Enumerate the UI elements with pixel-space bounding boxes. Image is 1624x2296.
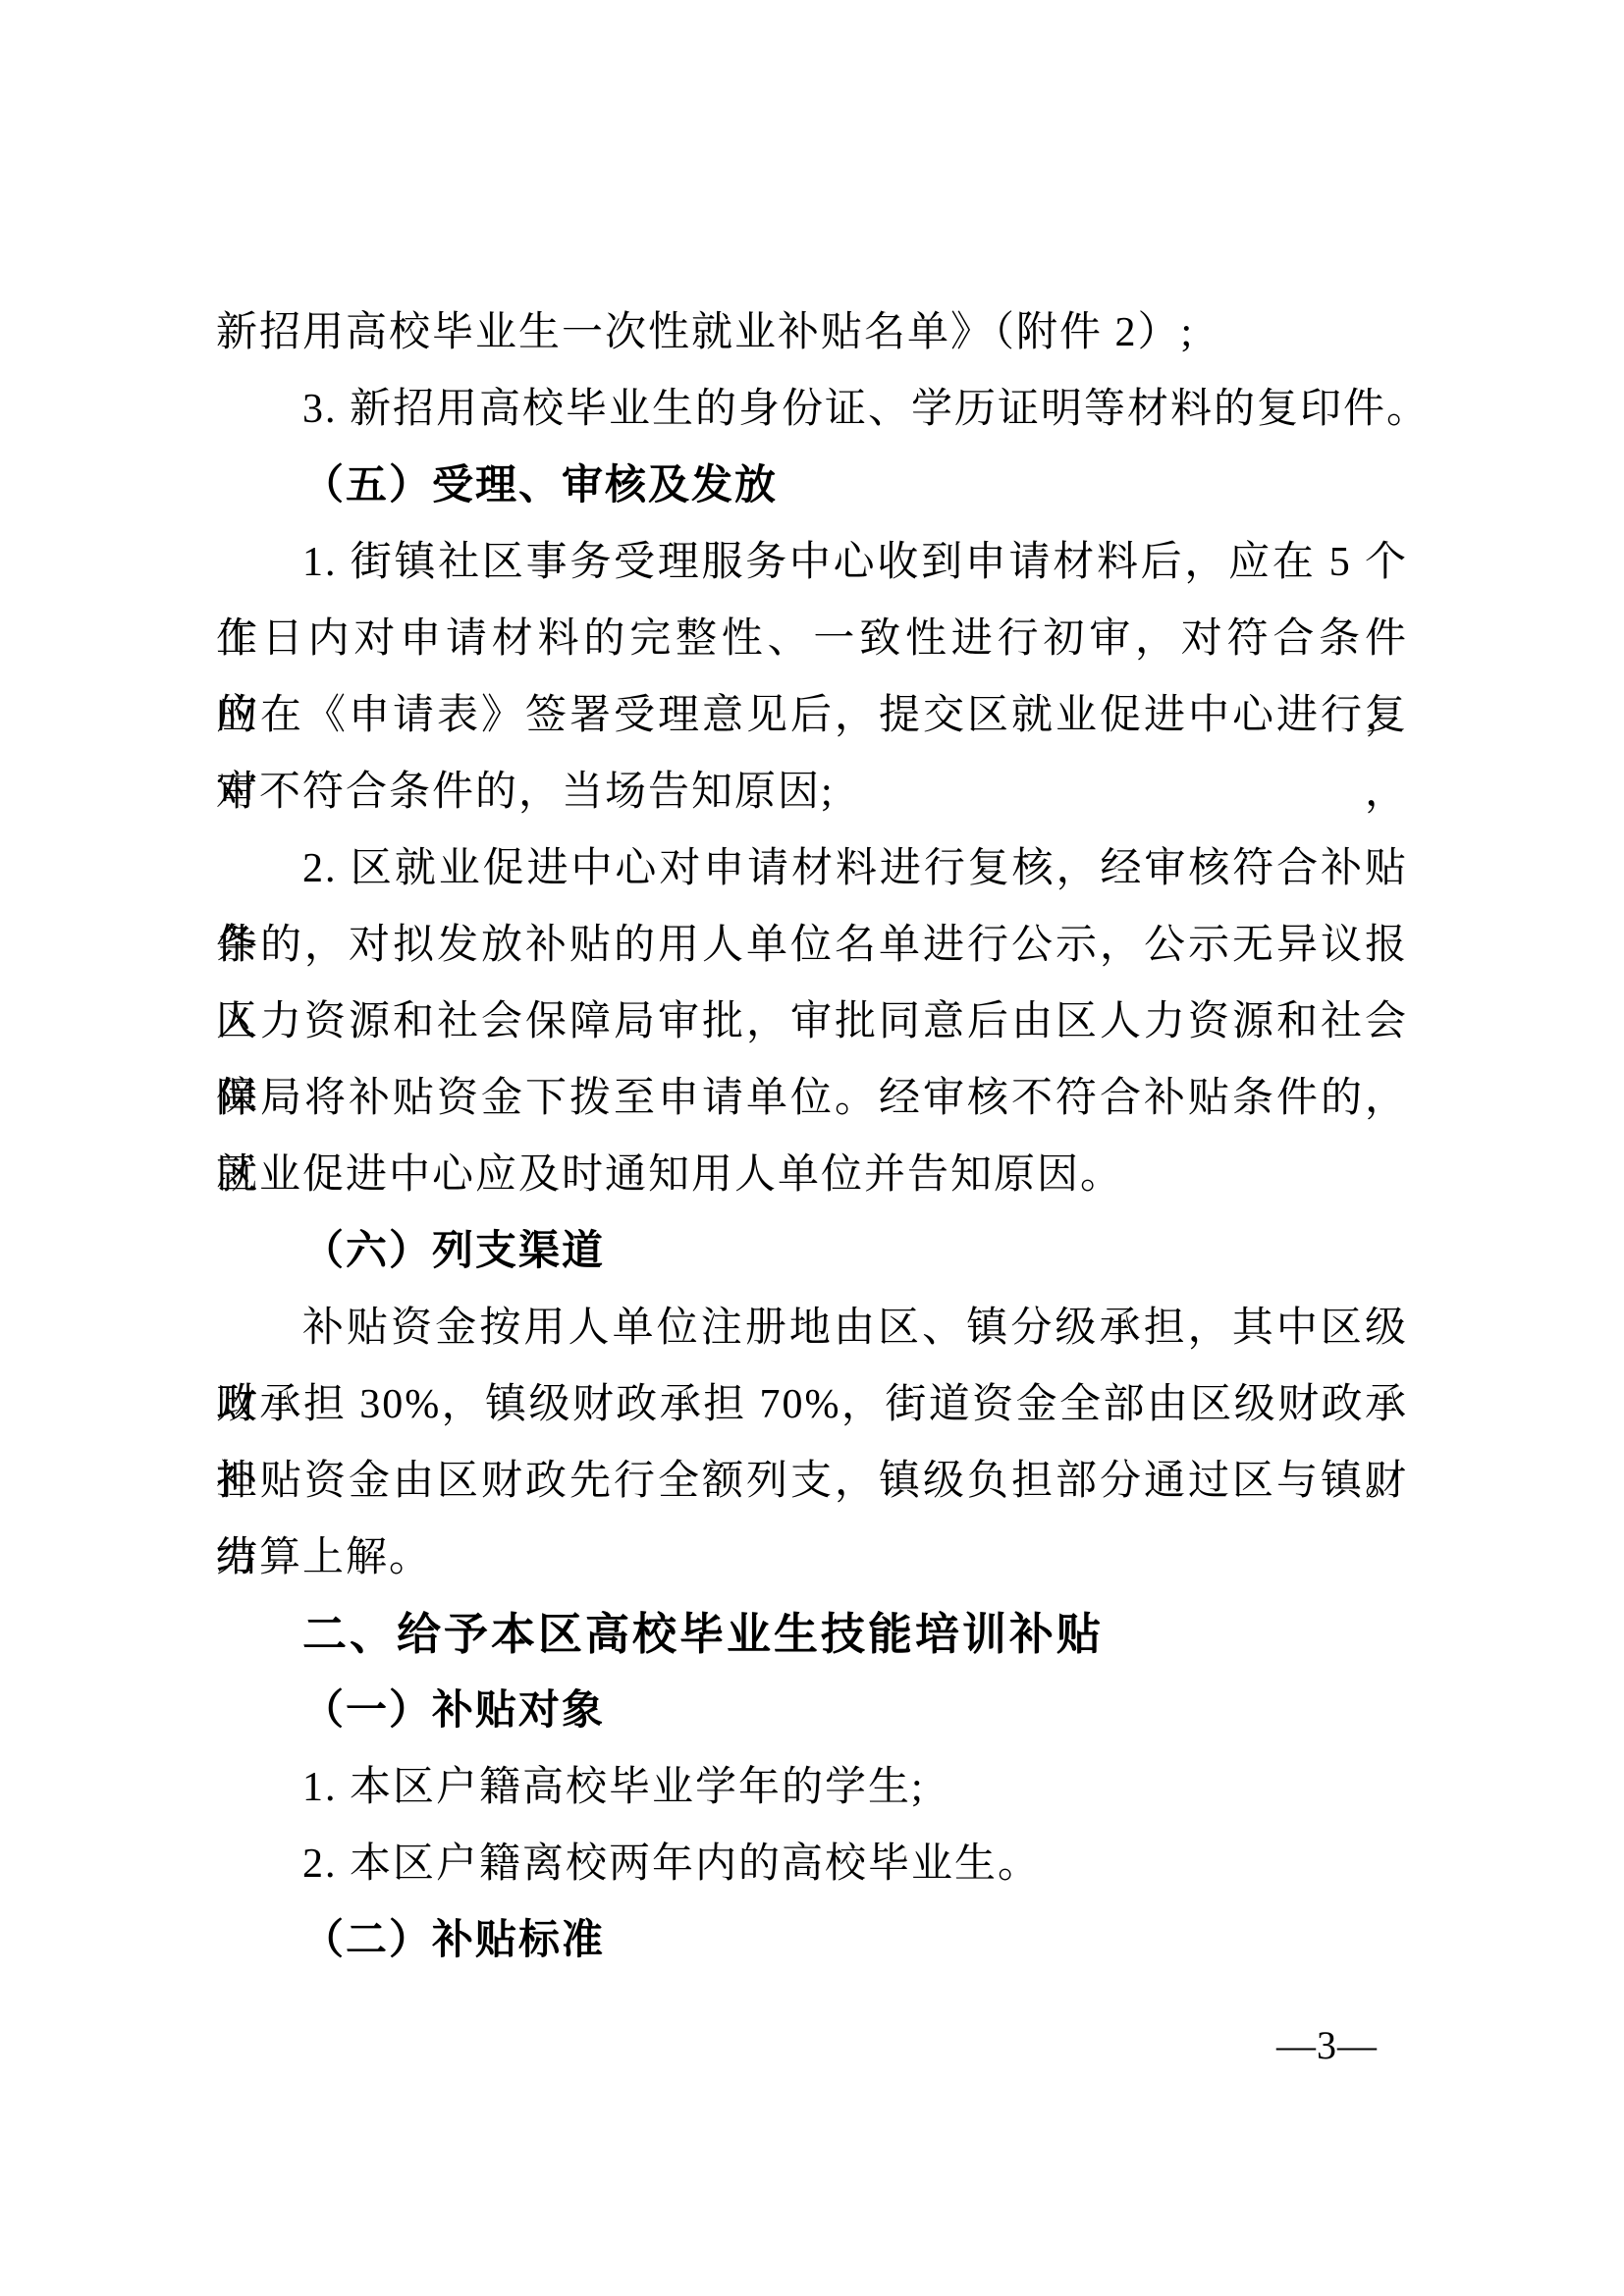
- text-line: 结算上解。: [216, 1520, 1408, 1596]
- heading-2-subsidy-standard: （二）补贴标准: [216, 1902, 1408, 1979]
- document-page: 新招用高校毕业生一次性就业补贴名单》（附件 2）; 3. 新招用高校毕业生的身份…: [0, 0, 1624, 2296]
- text-line: 作日内对申请材料的完整性、一致性进行初审，对符合条件的，: [216, 601, 1408, 677]
- heading-6-funding-channel: （六）列支渠道: [216, 1213, 1408, 1290]
- text-line: 2. 区就业促进中心对申请材料进行复核，经审核符合补贴条: [216, 830, 1408, 907]
- text-line: 政承担 30%，镇级财政承担 70%，街道资金全部由区级财政承担。: [216, 1366, 1408, 1443]
- text-line: 1. 街镇社区事务受理服务中心收到申请材料后，应在 5 个工: [216, 524, 1408, 601]
- text-line: 就业促进中心应及时通知用人单位并告知原因。: [216, 1137, 1408, 1213]
- text-line: 补贴资金按用人单位注册地由区、镇分级承担，其中区级财: [216, 1290, 1408, 1366]
- text-line: 补贴资金由区财政先行全额列支，镇级负担部分通过区与镇财力: [216, 1443, 1408, 1520]
- heading-2-skill-training-subsidy: 二、给予本区高校毕业生技能培训补贴: [216, 1596, 1408, 1673]
- text-line: 应在《申请表》签署受理意见后，提交区就业促进中心进行复审，: [216, 677, 1408, 754]
- page-number: —3—: [1276, 2022, 1378, 2069]
- text-line: 人力资源和社会保障局审批，审批同意后由区人力资源和社会保: [216, 984, 1408, 1060]
- heading-5-acceptance-review-disbursement: （五）受理、审核及发放: [216, 448, 1408, 524]
- text-line: 障局将补贴资金下拨至申请单位。经审核不符合补贴条件的，区: [216, 1060, 1408, 1137]
- heading-1-subsidy-target: （一）补贴对象: [216, 1673, 1408, 1749]
- text-line-item-1-students: 1. 本区户籍高校毕业学年的学生;: [216, 1749, 1408, 1826]
- text-line-item-2-graduates: 2. 本区户籍离校两年内的高校毕业生。: [216, 1826, 1408, 1902]
- text-line: 件的，对拟发放补贴的用人单位名单进行公示，公示无异议报区: [216, 907, 1408, 984]
- text-line-continuation: 新招用高校毕业生一次性就业补贴名单》（附件 2）;: [216, 294, 1408, 371]
- text-line-item-3-copies: 3. 新招用高校毕业生的身份证、学历证明等材料的复印件。: [216, 371, 1408, 448]
- body-text: 新招用高校毕业生一次性就业补贴名单》（附件 2）; 3. 新招用高校毕业生的身份…: [216, 294, 1408, 1979]
